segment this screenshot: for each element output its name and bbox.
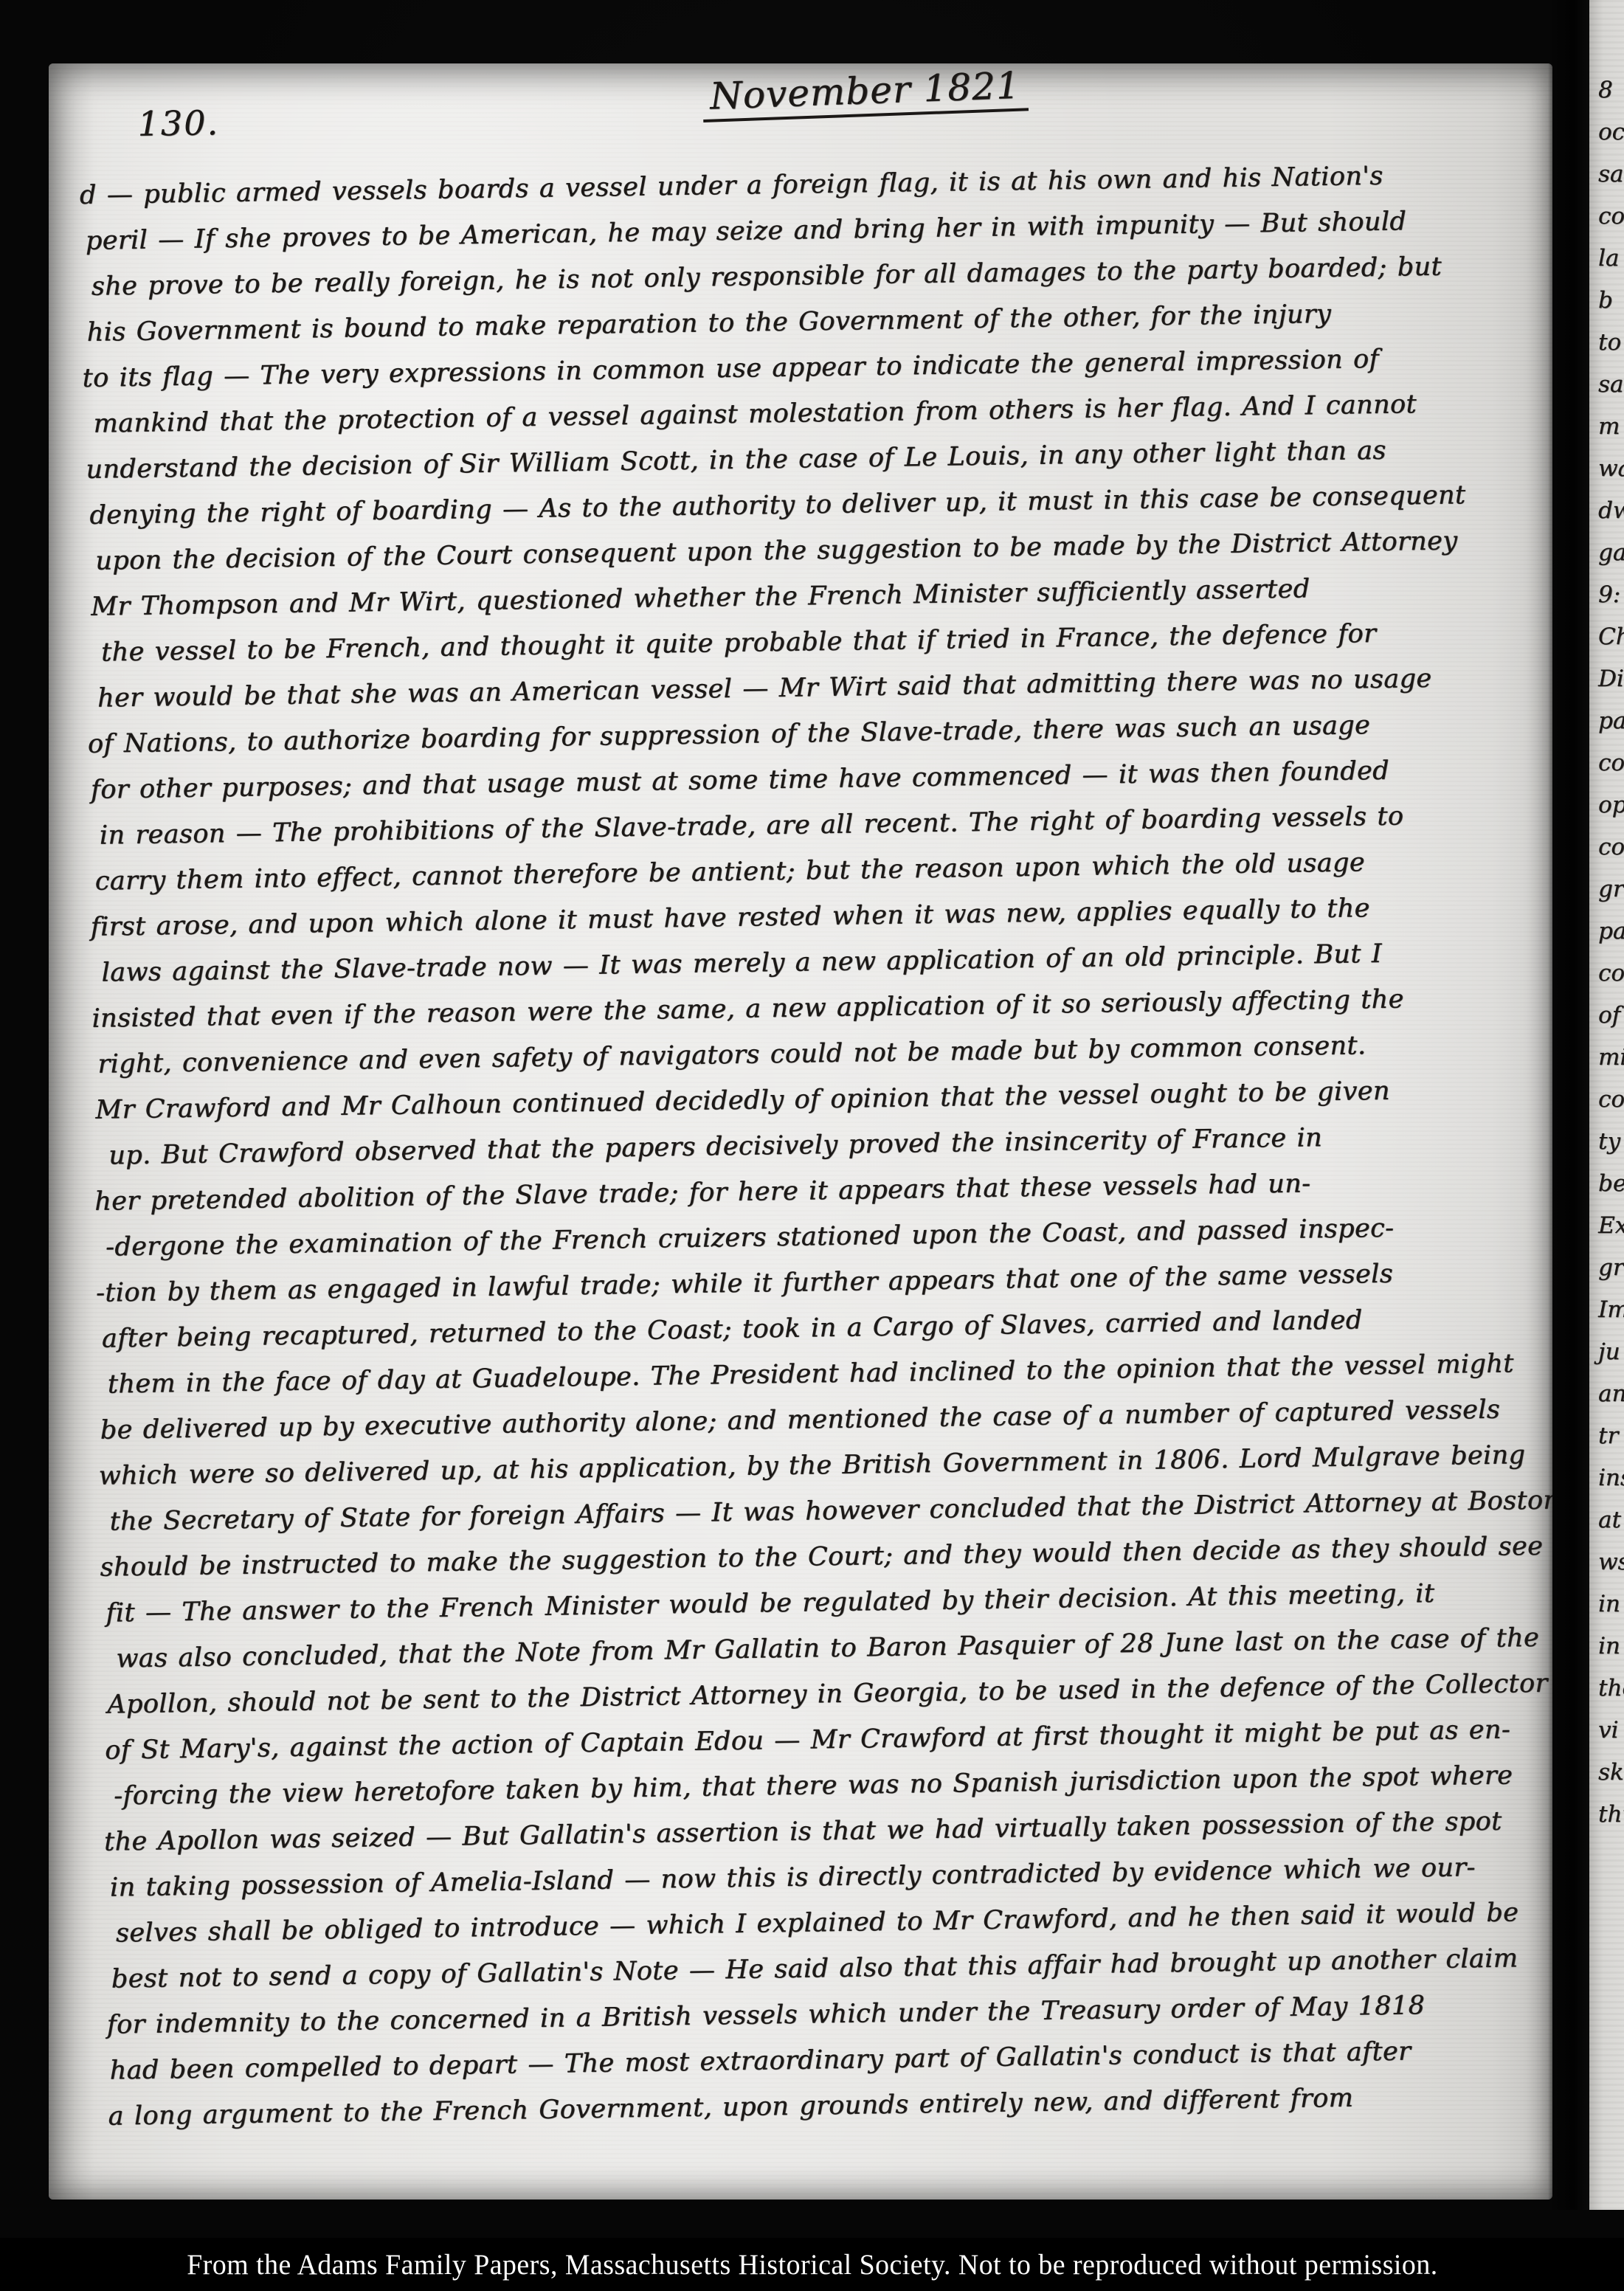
facing-page-text-fragment: be (1589, 1170, 1624, 1212)
facing-page-text-fragment: of a (1589, 1002, 1624, 1044)
facing-page-sliver: 8ocsacolabtosamwadwga9:ChDipacoopicogrpa… (1589, 0, 1624, 2210)
facing-page-text-fragment: in (1589, 1591, 1624, 1633)
facing-page-text-fragment: 8 (1589, 77, 1624, 119)
facing-page-text-fragment: thu (1589, 1801, 1624, 1843)
footer-credit-bar: From the Adams Family Papers, Massachuse… (0, 2238, 1624, 2291)
facing-page-text-fragment: ws (1589, 1549, 1624, 1591)
facing-page-text-fragment: m (1589, 413, 1624, 455)
facing-page-text-fragment: co (1589, 750, 1624, 792)
facing-page-text-fragment: wa (1589, 455, 1624, 497)
footer-credit: From the Adams Family Papers, Massachuse… (187, 2248, 1437, 2281)
facing-page-text-fragment: to (1589, 329, 1624, 371)
facing-page-text-fragment: pa (1589, 918, 1624, 960)
handwriting-block: 130. November 1821 d — public armed vess… (49, 63, 1552, 2200)
facing-page-text-fragment: co (1589, 960, 1624, 1002)
facing-page-text-fragment: Di (1589, 666, 1624, 708)
manuscript-lines: d — public armed vessels boards a vessel… (80, 151, 1552, 2140)
facing-page-text-fragment: ga (1589, 539, 1624, 581)
facing-page-text-fragment: 9: (1589, 581, 1624, 623)
facing-page-text-fragment: b (1589, 287, 1624, 329)
facing-page-text-fragment: oc (1589, 119, 1624, 161)
facing-page-text-fragment: at (1589, 1507, 1624, 1549)
facing-page-text-fragment: mi (1589, 1044, 1624, 1086)
facing-page-text-fragment: the (1589, 1675, 1624, 1717)
facing-page-text-fragment: sa (1589, 161, 1624, 203)
facing-page-text-fragment: an (1589, 1381, 1624, 1423)
facing-page-text-fragment: gr (1589, 876, 1624, 918)
facing-page-text-fragment: opi (1589, 792, 1624, 834)
facing-page-text-fragment: co (1589, 1086, 1624, 1128)
facing-page-text-fragment: ju (1589, 1338, 1624, 1381)
facing-page-text-fragment: gr (1589, 1254, 1624, 1296)
facing-page-text-fragment: Ch (1589, 623, 1624, 666)
facing-page-fragments: 8ocsacolabtosamwadwga9:ChDipacoopicogrpa… (1589, 0, 1624, 1843)
facing-page-text-fragment: sk (1589, 1759, 1624, 1801)
facing-page-text-fragment: in th (1589, 1633, 1624, 1675)
facing-page-text-fragment: pa (1589, 708, 1624, 750)
header-date: November 1821 (702, 63, 1029, 122)
manuscript-page: 130. November 1821 d — public armed vess… (49, 63, 1552, 2200)
facing-page-text-fragment: vi (1589, 1717, 1624, 1759)
facing-page-text-fragment: ty (1589, 1128, 1624, 1170)
facing-page-text-fragment: dw (1589, 497, 1624, 539)
facing-page-text-fragment: co (1589, 834, 1624, 876)
page-number: 130. (137, 103, 219, 144)
facing-page-text-fragment: ins (1589, 1465, 1624, 1507)
facing-page-text-fragment: la (1589, 245, 1624, 287)
scan-background: 130. November 1821 d — public armed vess… (0, 0, 1624, 2291)
facing-page-text-fragment: Im (1589, 1296, 1624, 1338)
facing-page-text-fragment: Ex (1589, 1212, 1624, 1254)
book-gutter-shadow (1548, 0, 1595, 2210)
facing-page-text-fragment: co (1589, 203, 1624, 245)
facing-page-text-fragment: tr (1589, 1423, 1624, 1465)
facing-page-text-fragment: sa (1589, 371, 1624, 413)
